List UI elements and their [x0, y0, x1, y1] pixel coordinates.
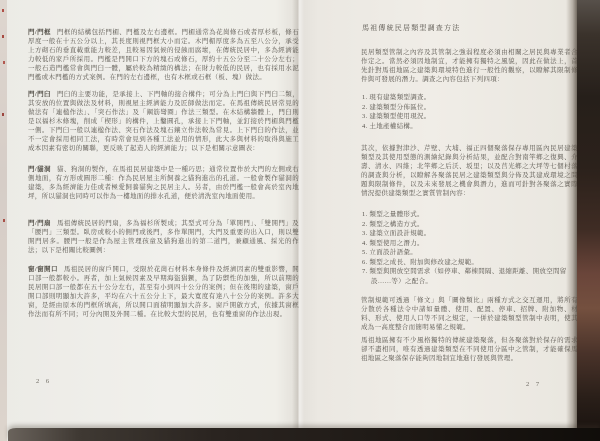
left-page: 門/門框門框的結構包括門楣、門檻及左右邊框。門楣通常為花崗條石或者厚杉板，條石厚… — [28, 22, 299, 367]
survey-method-intro: 民居類型管制之內容及其管制之強弱程度必須由相關之居民與專業者合作定之。當然必須因… — [361, 48, 578, 84]
scan-artifacts — [2, 9, 4, 12]
analysis-paragraph: 其次，依據對津沙、芹壁、大埔、福正四個聚落保存專用區內民居建築類型及其使用型態的… — [361, 144, 578, 198]
paragraph-label: 窗/窗開口 — [28, 266, 64, 273]
paragraph-window-opening: 窗/窗開口馬祖民居的窗戶開口，受限於花崗石材料本身條件及經濟因素的雙重影響，開口… — [28, 265, 299, 319]
book-scan: 門/門框門框的結構包括門楣、門檻及左右邊框。門楣通常為花崗條石或者厚杉板，條石厚… — [0, 0, 600, 441]
paragraph-text: 貓、狗洞的製作，在馬祖民居建築中是一種巧思；通常位置作於大門的左側或右側地面，有… — [28, 166, 299, 200]
book-edge-bottom — [8, 428, 600, 441]
paragraph-text: 馬祖傳統民居的門扇，多為福杉所製成；其型式可分為「單開門」、「雙開門」及「腰門」… — [28, 220, 299, 254]
list-item: 6. 類型之成長、附加與修改建之規範。 — [362, 258, 578, 268]
list-item: 7. 類型與開放空間需求（如停車、鄰棟間隔、退縮距離、開放空間留設……等）之配合… — [362, 267, 578, 286]
paragraph-label: 門/貓洞 — [28, 166, 57, 173]
control-items-list: 1. 類型之量體形式。 2. 類型之構造方式。 3. 建築立面設計規範。 4. … — [362, 210, 578, 286]
list-item: 5. 立面設計語彙。 — [362, 248, 578, 258]
list-item: 3. 建築類型使用現況。 — [362, 112, 578, 122]
paragraph-cat-hole: 門/貓洞貓、狗洞的製作，在馬祖民居建築中是一種巧思；通常位置作於大門的左側或右側… — [28, 165, 299, 201]
book-edge-right — [577, 0, 600, 441]
paragraph-label: 門/門臼 — [28, 91, 57, 98]
list-item: 3. 建築立面設計規範。 — [362, 229, 578, 239]
list-item: 2. 類型之構造方式。 — [362, 220, 578, 230]
survey-items-list: 1. 現有建築類型調查。 2. 建築類型分佈區位。 3. 建築類型使用現況。 4… — [362, 93, 578, 131]
scan-edge-left — [0, 0, 7, 441]
list-item: 1. 類型之量體形式。 — [362, 210, 578, 220]
paragraph-text: 馬祖民居的窗戶開口，受限於花崗石材料本身條件及經濟因素的雙重影響，開口部一般都較… — [28, 266, 299, 318]
paragraph-label: 門/門扇 — [28, 220, 57, 227]
page-number-left: 2 6 — [36, 378, 52, 385]
paragraph-door-pivot: 門/門臼門臼的主要功能，是承接上、下門軸的接合構件；可分為上門臼與下門臼二類，其… — [28, 90, 299, 153]
list-item: 2. 建築類型分佈區位。 — [362, 103, 578, 113]
paragraph-text: 門框的結構包括門楣、門檻及左右邊框。門楣通常為花崗條石或者厚杉板，條石厚度一般在… — [28, 29, 299, 81]
list-item: 4. 土地產權結構。 — [362, 122, 578, 132]
right-page: 馬祖傳統民居類型調查方法 民居類型管制之內容及其管制之強弱程度必須由相關之居民與… — [361, 16, 578, 376]
conclusion-paragraph: 馬祖地區擁有不少風格獨特的傳統建築聚落，但各聚落對於保存的需求卻不盡相同，唯有透… — [361, 336, 578, 363]
paragraph-text: 門臼的主要功能，是承接上、下門軸的接合構件；可分為上門臼與下門臼二類，其安放的位… — [28, 91, 299, 152]
list-item: 4. 類型使用之潛力。 — [362, 239, 578, 249]
right-page-title: 馬祖傳統民居類型調查方法 — [362, 24, 578, 33]
list-item: 1. 現有建築類型調查。 — [362, 93, 578, 103]
paragraph-door-frame: 門/門框門框的結構包括門楣、門檻及左右邊框。門楣通常為花崗條石或者厚杉板，條石厚… — [28, 28, 299, 82]
paragraph-label: 門/門框 — [28, 29, 57, 36]
regulation-paragraph: 管制規範可透過「條文」與「圖像類比」兩種方式之交互運用，將所有分散於各種法令中諸… — [361, 296, 578, 332]
paragraph-door-leaf: 門/門扇馬祖傳統民居的門扇，多為福杉所製成；其型式可分為「單開門」、「雙開門」及… — [28, 219, 299, 255]
page-number-right: 2 7 — [526, 381, 542, 388]
